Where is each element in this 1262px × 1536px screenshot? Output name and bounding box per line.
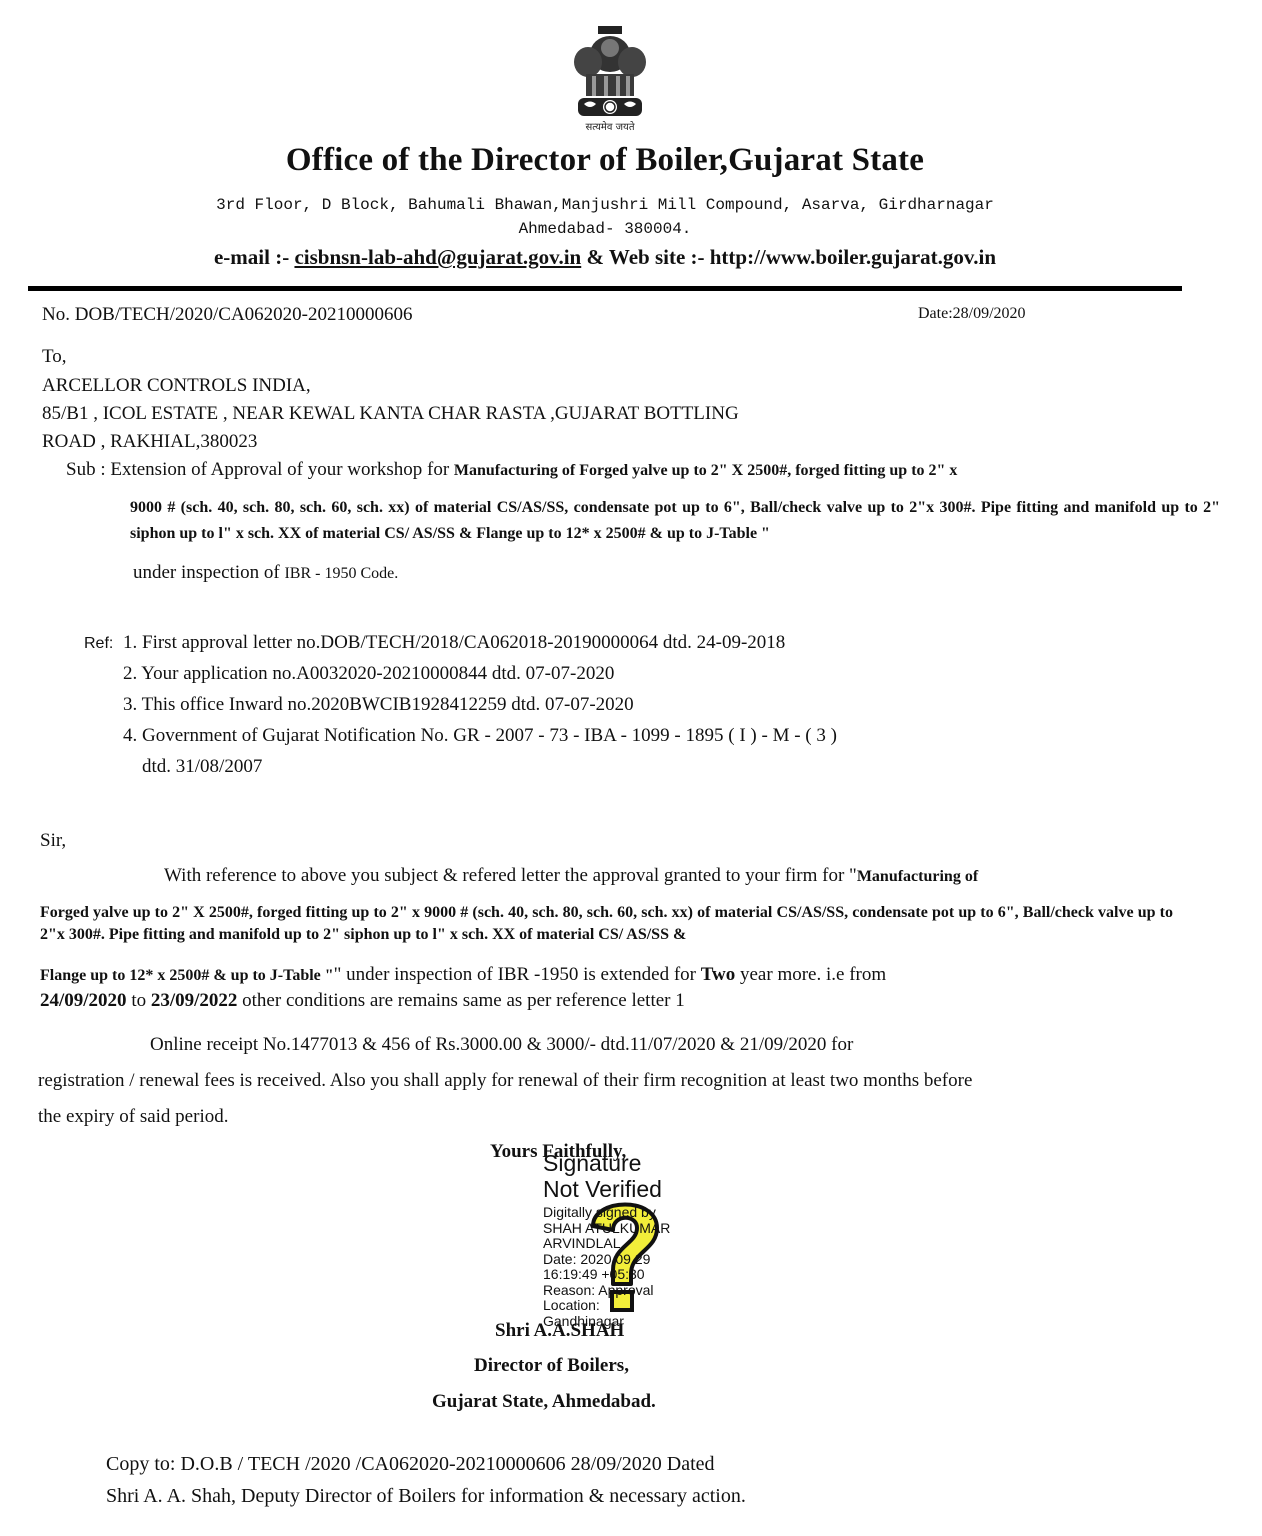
office-address-line1: 3rd Floor, D Block, Bahumali Bhawan,Manj…	[0, 196, 1210, 214]
signatory-name: Shri A.A.SHAH	[495, 1320, 624, 1342]
valid-from-date: 24/09/2020	[40, 990, 127, 1011]
office-address-line2: Ahmedabad- 380004.	[0, 220, 1210, 238]
expiry-line: the expiry of said period.	[38, 1106, 228, 1128]
signature-detail: Reason: Approval	[543, 1283, 670, 1299]
signature-details: Digitally signed by SHAH ATULKUMAR ARVIN…	[543, 1205, 670, 1329]
website-link[interactable]: http://www.boiler.gujarat.gov.in	[710, 245, 996, 269]
signatory-office: Gujarat State, Ahmedabad.	[432, 1391, 656, 1413]
reference-item: 2. Your application no.A0032020-20210000…	[123, 663, 614, 685]
email-label: e-mail :-	[214, 245, 294, 269]
letter-number: No. DOB/TECH/2020/CA062020-20210000606	[42, 304, 413, 326]
contact-line: e-mail :- cisbnsn-lab-ahd@gujarat.gov.in…	[0, 245, 1210, 270]
recipient-address-line2: ROAD , RAKHIAL,380023	[42, 431, 257, 453]
para1-text: With reference to above you subject & re…	[164, 865, 857, 886]
reference-item-continued: dtd. 31/08/2007	[142, 756, 262, 778]
extension-line: Flange up to 12* x 2500# & up to J-Table…	[40, 964, 886, 986]
signature-detail: SHAH ATULKUMAR	[543, 1221, 670, 1237]
national-emblem-icon: सत्यमेव जयते	[560, 24, 660, 136]
conditions-text: other conditions are remains same as per…	[237, 990, 684, 1011]
digital-signature-block[interactable]: Signature Not Verified Digitally signed …	[543, 1150, 670, 1329]
letter-date: Date:28/09/2020	[918, 305, 1026, 323]
copy-to-line1: Copy to: D.O.B / TECH /2020 /CA062020-20…	[106, 1453, 715, 1476]
signature-detail: Digitally signed by	[543, 1205, 670, 1221]
subject-intro: Extension of Approval of your workshop f…	[110, 459, 454, 480]
to-label: To,	[42, 346, 67, 368]
extension-duration: Two	[701, 964, 735, 985]
to-word: to	[127, 990, 151, 1011]
salutation: Sir,	[40, 830, 66, 852]
valid-to-date: 23/09/2022	[151, 990, 238, 1011]
extension-text-rest: year more. i.e from	[735, 964, 886, 985]
registration-line: registration / renewal fees is received.…	[38, 1070, 972, 1092]
website-label: & Web site :-	[581, 245, 710, 269]
reference-item: 3. This office Inward no.2020BWCIB192841…	[123, 694, 634, 716]
signature-detail: Location:	[543, 1298, 670, 1314]
body-para1-intro: With reference to above you subject & re…	[164, 865, 978, 887]
signature-detail: 16:19:49 +05:30	[543, 1267, 670, 1283]
svg-text:सत्यमेव जयते: सत्यमेव जयते	[585, 121, 634, 133]
header-divider	[28, 286, 1182, 291]
inspection-code-line: under inspection of IBR - 1950 Code.	[133, 562, 398, 584]
references-label: Ref:	[84, 635, 113, 653]
signature-status-line1: Signature	[543, 1150, 670, 1176]
signatory-title: Director of Boilers,	[474, 1355, 629, 1377]
flange-scope: Flange up to 12* x 2500# & up to J-Table…	[40, 967, 334, 984]
email-link[interactable]: cisbnsn-lab-ahd@gujarat.gov.in	[294, 245, 581, 269]
validity-line: 24/09/2020 to 23/09/2022 other condition…	[40, 990, 685, 1012]
reference-item: 4. Government of Gujarat Notification No…	[123, 725, 837, 747]
reference-item: 1. First approval letter no.DOB/TECH/201…	[123, 632, 785, 654]
extension-text: " under inspection of IBR -1950 is exten…	[334, 964, 701, 985]
office-title: Office of the Director of Boiler,Gujarat…	[0, 142, 1210, 179]
subject-scope-continued: 9000 # (sch. 40, sch. 80, sch. 60, sch. …	[130, 495, 1220, 547]
subject-line: Sub : Extension of Approval of your work…	[66, 459, 957, 481]
inspection-prefix: under inspection of	[133, 562, 284, 583]
copy-to-line2: Shri A. A. Shah, Deputy Director of Boil…	[106, 1485, 746, 1508]
subject-label: Sub :	[66, 459, 110, 480]
body-scope-block: Forged yalve up to 2" X 2500#, forged fi…	[40, 902, 1173, 946]
inspection-code: IBR - 1950 Code.	[284, 565, 398, 582]
recipient-name: ARCELLOR CONTROLS INDIA,	[42, 375, 311, 397]
receipt-line: Online receipt No.1477013 & 456 of Rs.30…	[150, 1034, 853, 1056]
signature-detail: Date: 2020.09.29	[543, 1252, 670, 1268]
para1-bold-start: Manufacturing of	[857, 868, 978, 885]
signature-status-line2: Not Verified	[543, 1176, 670, 1202]
recipient-address-line1: 85/B1 , ICOL ESTATE , NEAR KEWAL KANTA C…	[42, 403, 739, 425]
subject-scope-line1: Manufacturing of Forged yalve up to 2" X…	[454, 462, 958, 479]
signature-detail: ARVINDLAL	[543, 1236, 670, 1252]
